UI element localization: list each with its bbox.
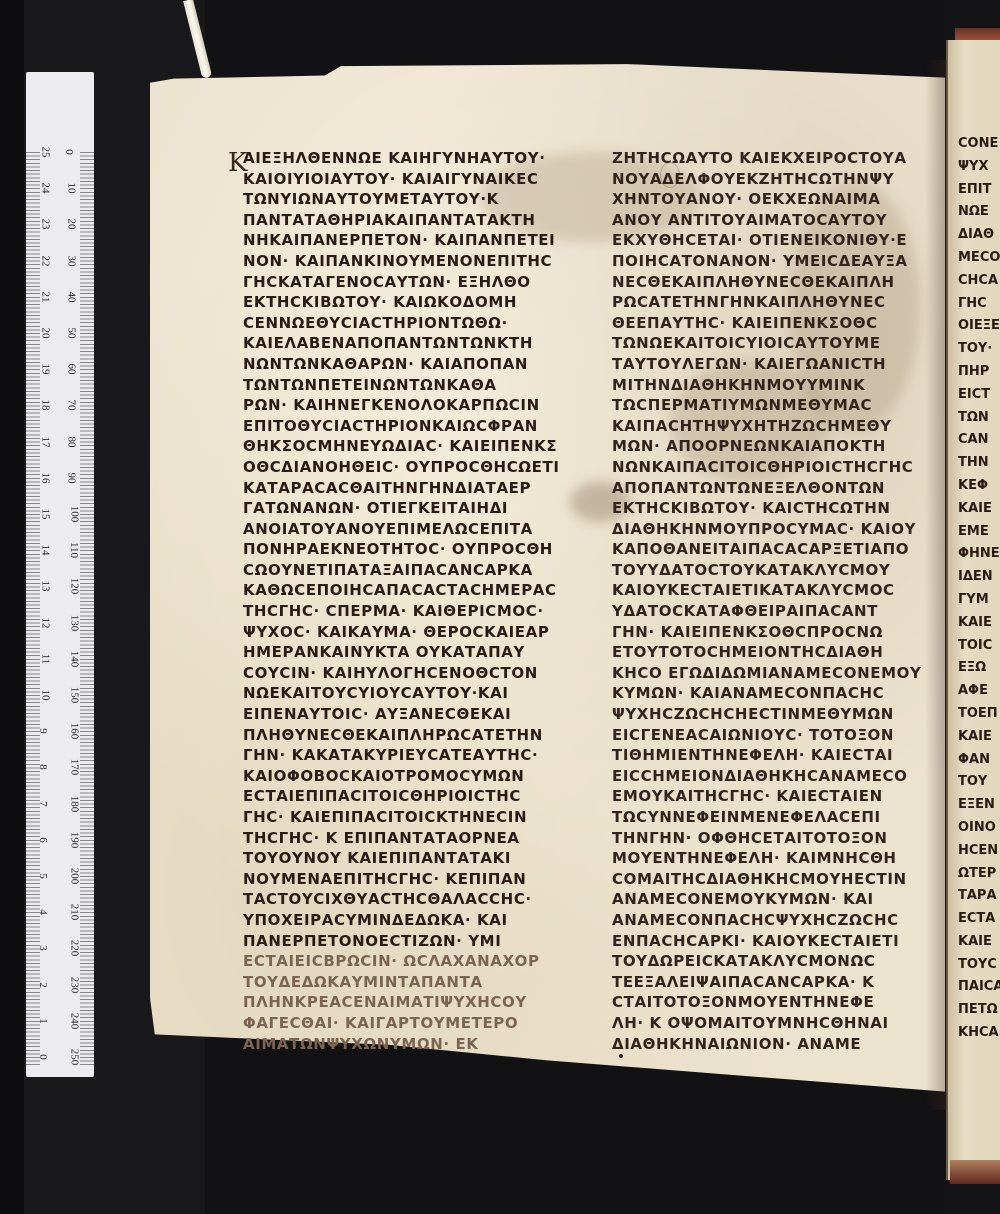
ruler-cm-label: 9 (37, 728, 49, 734)
ruler-mm-label: 20 (66, 219, 78, 230)
facing-page-line: ΚΑΙΕ (958, 498, 1000, 521)
ruler-cm-label: 8 (37, 765, 49, 771)
manuscript-line: ΕϹΤΑΙΕΠΙΠΑϹΙΤΟΙϹΘΗΡΙΟΙϹΤΗϹ (243, 786, 583, 807)
manuscript-line: ΚΑΙΟΥΚΕϹΤΑΙΕΤΙΚΑΤΑΚΛΥϹΜΟϹ (612, 580, 942, 601)
facing-page-line: ΑΦΕ (958, 680, 1000, 703)
ruler-mm-label: 0 (63, 149, 75, 155)
facing-page-line: ΠΑΙϹΑ (958, 976, 1000, 999)
manuscript-line: ΔΙΑΘΗΚΗΝΜΟΥΠΡΟϹΥΜΑϹ· ΚΑΙΟΥ (612, 519, 942, 540)
facing-page-line: ΦΑΝ (958, 749, 1000, 772)
manuscript-line: ϹΟΜΑΙΤΗϹΔΙΑΘΗΚΗϹΜΟΥΗΕϹΤΙΝ (612, 869, 942, 890)
text-column-right: ΖΗΤΗϹΩΑΥΤΟ ΚΑΙΕΚΧΕΙΡΟϹΤΟΥΑΝΟΥΑΔΕΛΦΟΥΕΚΖΗ… (612, 148, 942, 1054)
manuscript-line: ΤΩΝΥΙΩΝΑΥΤΟΥΜΕΤΑΥΤΟΥ·Κ (243, 189, 583, 210)
facing-page-line: ΤΑΡΑ (958, 885, 1000, 908)
manuscript-line: ΚΗϹΟ ΕΓΩΔΙΔΩΜΙΑΝΑΜΕϹΟΝΕΜΟΥ (612, 663, 942, 684)
facing-page-line: ΚΑΙΕ (958, 726, 1000, 749)
manuscript-line: ΕΚΤΗϹΚΙΒΩΤΟΥ· ΚΑΙϹΤΗϹΩΤΗΝ (612, 498, 942, 519)
ruler-mm-label: 250 (68, 1049, 80, 1066)
facing-page-line: ΕΞΕΝ (958, 794, 1000, 817)
facing-page-line: ΠΕΤΩ (958, 999, 1000, 1022)
manuscript-line: ΛΗ· Κ ΟΨΟΜΑΙΤΟΥΜΝΗϹΘΗΝΑΙ (612, 1013, 942, 1034)
ruler-cm-label: 17 (40, 436, 52, 447)
ruler-mm-label: 240 (68, 1013, 80, 1030)
ruler-mm-label: 160 (68, 723, 80, 740)
manuscript-line: ΟΘϹΔΙΑΝΟΗΘΕΙϹ· ΟΥΠΡΟϹΘΗϹΩΕΤΙ (243, 457, 583, 478)
ruler-cm-label: 0 (37, 1054, 49, 1060)
manuscript-line: ΨΥΧΗϹΖΩϹΗϹΗΕϹΤΙΝΜΕΘΥΜΩΝ (612, 704, 942, 725)
manuscript-line: ΠΛΗΘΥΝΕϹΘΕΚΑΙΠΛΗΡΩϹΑΤΕΤΗΝ (243, 725, 583, 746)
ruler-mm-label: 230 (68, 976, 80, 993)
facing-page-line: ΚΕΦ (958, 475, 1000, 498)
facing-page-line: ΩΤΕΡ (958, 863, 1000, 886)
manuscript-line: ΕΜΟΥΚΑΙΤΗϹΓΗϹ· ΚΑΙΕϹΤΑΙΕΝ (612, 786, 942, 807)
manuscript-line: ΠΟΝΗΡΑΕΚΝΕΟΤΗΤΟϹ· ΟΥΠΡΟϹΘΗ (243, 539, 583, 560)
binding-edge-bottom (950, 1160, 1000, 1184)
manuscript-line: ΝΩΝΚΑΙΠΑϹΙΤΟΙϹΘΗΡΙΟΙϹΤΗϹΓΗϹ (612, 457, 942, 478)
manuscript-line: ΤΑΥΤΟΥΛΕΓΩΝ· ΚΑΙΕΓΩΑΝΙϹΤΗ (612, 354, 942, 375)
ruler-cm-label: 19 (40, 364, 52, 375)
manuscript-line: ΥΠΟΧΕΙΡΑϹΥΜΙΝΔΕΔΩΚΑ· ΚΑΙ (243, 910, 583, 931)
manuscript-line: ΤΗϹΓΗϹ· Κ ΕΠΙΠΑΝΤΑΤΑΟΡΝΕΑ (243, 828, 583, 849)
ruler-cm-label: 3 (37, 946, 49, 952)
manuscript-line: ΚΑΙΟΦΟΒΟϹΚΑΙΟΤΡΟΜΟϹΥΜΩΝ (243, 766, 583, 787)
manuscript-line: ΚΑΤΑΡΑϹΑϹΘΑΙΤΗΝΓΗΝΔΙΑΤΑΕΡ (243, 478, 583, 499)
ruler-cm-label: 15 (40, 509, 52, 520)
facing-page-line: ΤΟΕΠ (958, 703, 1000, 726)
facing-page-line: ΕΞΩ (958, 657, 1000, 680)
facing-page-line: ΕΙϹΤ (958, 384, 1000, 407)
manuscript-line: ΑΝΟΙΑΤΟΥΑΝΟΥΕΠΙΜΕΛΩϹΕΠΙΤΑ (243, 519, 583, 540)
ruler-cm-label: 6 (37, 837, 49, 843)
ruler-mm-label: 200 (68, 868, 80, 885)
facing-page-line: ΓΥΜ (958, 589, 1000, 612)
ruler-mm-label: 70 (66, 400, 78, 411)
ruler-cm-label: 25 (40, 147, 52, 158)
manuscript-line: ΚΑΙΠΑϹΗΤΗΨΥΧΗΤΗΖΩϹΗΜΕΘΥ (612, 416, 942, 437)
manuscript-line: ΝΗΚΑΙΠΑΝΕΡΠΕΤΟΝ· ΚΑΙΠΑΝΠΕΤΕΙ (243, 230, 583, 251)
manuscript-line: ΑΙΜΑΤΩΝΨΥΧΩΝΥΜΩΝ· ΕΚ (243, 1034, 583, 1055)
ruler-mm-label: 110 (68, 542, 80, 558)
manuscript-line: ΑΠΟΠΑΝΤΩΝΤΩΝΕΞΕΛΘΟΝΤΩΝ (612, 478, 942, 499)
manuscript-line: ΓΑΤΩΝΑΝΩΝ· ΟΤΙΕΓΚΕΙΤΑΙΗΔΙ (243, 498, 583, 519)
ruler-mm-label: 80 (66, 436, 78, 447)
manuscript-line: ΧΗΝΤΟΥΑΝΟΥ· ΟΕΚΧΕΩΝΑΙΜΑ (612, 189, 942, 210)
manuscript-line: ΤΩΝΩΕΚΑΙΤΟΙϹΥΙΟΙϹΑΥΤΟΥΜΕ (612, 333, 942, 354)
manuscript-line: ΖΗΤΗϹΩΑΥΤΟ ΚΑΙΕΚΧΕΙΡΟϹΤΟΥΑ (612, 148, 942, 169)
manuscript-line: ΕΙϹϹΗΜΕΙΟΝΔΙΑΘΗΚΗϹΑΝΑΜΕϹΟ (612, 766, 942, 787)
manuscript-line: ΕΚΤΗϹΚΙΒΩΤΟΥ· ΚΑΙΩΚΟΔΟΜΗ (243, 292, 583, 313)
manuscript-line: ΠΑΝΕΡΠΕΤΟΝΟΕϹΤΙΖΩΝ· ΥΜΙ (243, 931, 583, 952)
facing-page-line: ΦΗΝΕ (958, 543, 1000, 566)
manuscript-line: ΑΝΟΥ ΑΝΤΙΤΟΥΑΙΜΑΤΟϹΑΥΤΟΥ (612, 210, 942, 231)
manuscript-line: ΚΥΜΩΝ· ΚΑΙΑΝΑΜΕϹΟΝΠΑϹΗϹ (612, 683, 942, 704)
manuscript-line: ΕΚΧΥΘΗϹΕΤΑΙ· ΟΤΙΕΝΕΙΚΟΝΙΘΥ·Ε (612, 230, 942, 251)
ruler-cm-label: 24 (40, 183, 52, 194)
ruler-cm-label: 23 (40, 219, 52, 230)
manuscript-line: ΤΟΥΔΕΔΩΚΑΥΜΙΝΤΑΠΑΝΤΑ (243, 972, 583, 993)
facing-page-line: ϹΑΝ (958, 429, 1000, 452)
ruler-mm-label: 210 (68, 904, 80, 921)
manuscript-line: ΘΕΕΠΑΥΤΗϹ· ΚΑΙΕΙΠΕΝΚΣΟΘϹ (612, 313, 942, 334)
facing-page-line: ΟΙΝΟ (958, 817, 1000, 840)
manuscript-line: ΝΩΝΤΩΝΚΑΘΑΡΩΝ· ΚΑΙΑΠΟΠΑΝ (243, 354, 583, 375)
ruler-mm-label: 170 (68, 759, 80, 776)
facing-page-line: ΨΥΧ (958, 156, 1000, 179)
ruler-mm-label: 30 (66, 255, 78, 266)
ruler-mm-ticks (80, 152, 94, 1067)
manuscript-line: ΕΝΠΑϹΗϹΑΡΚΙ· ΚΑΙΟΥΚΕϹΤΑΙΕΤΙ (612, 931, 942, 952)
manuscript-line: ΡΩΝ· ΚΑΙΗΝΕΓΚΕΝΟΛΟΚΑΡΠΩϹΙΝ (243, 395, 583, 416)
ruler-mm-label: 190 (68, 832, 80, 849)
manuscript-line: ΓΗΝ· ΚΑΚΑΤΑΚΥΡΙΕΥϹΑΤΕΑΥΤΗϹ· (243, 745, 583, 766)
facing-page-line: ΜΕϹΟ (958, 247, 1000, 270)
ruler-mm-label: 140 (68, 651, 80, 668)
manuscript-line: ΑΙΕΞΗΛΘΕΝΝΩΕ ΚΑΙΗΓΥΝΗΑΥΤΟΥ· (243, 148, 583, 169)
manuscript-line: ΚΑΠΟΘΑΝΕΙΤΑΙΠΑϹΑϹΑΡΞΕΤΙΑΠΟ (612, 539, 942, 560)
facing-page-line: ΕϹΤΑ (958, 908, 1000, 931)
manuscript-line: ΦΑΓΕϹΘΑΙ· ΚΑΙΓΑΡΤΟΥΜΕΤΕΡΟ (243, 1013, 583, 1034)
manuscript-line: ΕΙϹΓΕΝΕΑϹΑΙΩΝΙΟΥϹ· ΤΟΤΟΞΟΝ (612, 725, 942, 746)
ruler-mm-label: 40 (66, 291, 78, 302)
manuscript-line: ΝΟΥΜΕΝΑΕΠΙΤΗϹΓΗϹ· ΚΕΠΙΠΑΝ (243, 869, 583, 890)
facing-page-line: ΔΙΑΘ (958, 224, 1000, 247)
ruler-cm-label: 11 (39, 654, 51, 665)
manuscript-line: ΨΥΧΟϹ· ΚΑΙΚΑΥΜΑ· ΘΕΡΟϹΚΑΙΕΑΡ (243, 622, 583, 643)
manuscript-line: ΜΙΤΗΝΔΙΑΘΗΚΗΝΜΟΥΥΜΙΝΚ (612, 375, 942, 396)
ruler-mm-label: 90 (66, 472, 78, 483)
ruler-mm-label: 150 (68, 687, 80, 704)
facing-page-line: ΠΗΡ (958, 361, 1000, 384)
facing-page-line: ΕΠΙΤ (958, 179, 1000, 202)
manuscript-line: ΤΟΥΟΥΝΟΥ ΚΑΙΕΠΙΠΑΝΤΑΤΑΚΙ (243, 848, 583, 869)
measuring-ruler: 2524232221201918171615141312111098765432… (26, 72, 94, 1077)
ruler-cm-label: 7 (37, 801, 49, 807)
manuscript-line: ΥΔΑΤΟϹΚΑΤΑΦΘΕΙΡΑΙΠΑϹΑΝΤ (612, 601, 942, 622)
manuscript-line: ΕΤΟΥΤΟΤΟϹΗΜΕΙΟΝΤΗϹΔΙΑΘΗ (612, 642, 942, 663)
facing-page-line: ΤΩΝ (958, 407, 1000, 430)
facing-page-line: ΝΩΕ (958, 201, 1000, 224)
facing-page-line: ΤΟΥϹ (958, 954, 1000, 977)
manuscript-line: ΚΑΙΟΙΥΙΟΙΑΥΤΟΥ· ΚΑΙΑΙΓΥΝΑΙΚΕϹ (243, 169, 583, 190)
facing-page-line: ΟΙΕΞΕ (958, 315, 1000, 338)
facing-page-line: ΚΑΙΕ (958, 612, 1000, 635)
manuscript-line: ΔΙΑΘΗΚΗΝΑΙΩΝΙΟΝ· ΑΝΑΜΕ (612, 1034, 942, 1055)
ruler-cm-label: 21 (40, 291, 52, 302)
ruler-mm-label: 100 (68, 506, 80, 523)
manuscript-line: ΓΗϹΚΑΤΑΓΕΝΟϹΑΥΤΩΝ· ΕΞΗΛΘΟ (243, 272, 583, 293)
text-column-left: ΑΙΕΞΗΛΘΕΝΝΩΕ ΚΑΙΗΓΥΝΗΑΥΤΟΥ·ΚΑΙΟΙΥΙΟΙΑΥΤΟ… (243, 148, 583, 1054)
facing-page-text: ϹΟΝΕΨΥΧΕΠΙΤΝΩΕΔΙΑΘΜΕϹΟϹΗϹΑΓΗϹΟΙΕΞΕΤΟΥ·ΠΗ… (958, 133, 1000, 1045)
dark-strip (0, 0, 24, 1214)
ruler-cm-label: 1 (37, 1018, 49, 1024)
manuscript-line: ΠΑΝΤΑΤΑΘΗΡΙΑΚΑΙΠΑΝΤΑΤΑΚΤΗ (243, 210, 583, 231)
ruler-cm-label: 20 (40, 328, 52, 339)
manuscript-line: ΕϹΤΑΙΕΙϹΒΡΩϹΙΝ· ΩϹΛΑΧΑΝΑΧΟΡ (243, 951, 583, 972)
manuscript-line: ΓΗΝ· ΚΑΙΕΙΠΕΝΚΣΟΘϹΠΡΟϹΝΩ (612, 622, 942, 643)
manuscript-line: ΘΗΚΣΟϹΜΗΝΕΥΩΔΙΑϹ· ΚΑΙΕΙΠΕΝΚΣ (243, 436, 583, 457)
ruler-cm-label: 13 (40, 581, 52, 592)
ruler-mm-label: 10 (66, 183, 78, 194)
ink-dot (619, 1054, 623, 1058)
ruler-cm-label: 10 (40, 690, 52, 701)
ruler-mm-label: 50 (66, 328, 78, 339)
ruler-cm-label: 5 (37, 873, 49, 879)
manuscript-line: ΠΟΙΗϹΑΤΟΝΑΝΟΝ· ΥΜΕΙϹΔΕΑΥΞΑ (612, 251, 942, 272)
ruler-mm-label: 60 (66, 364, 78, 375)
ruler-cm-label: 12 (40, 617, 52, 628)
ruler-mm-label: 220 (68, 940, 80, 957)
ruler-cm-label: 22 (40, 255, 52, 266)
manuscript-line: ΚΑΙΕΛΑΒΕΝΑΠΟΠΑΝΤΩΝΤΩΝΚΤΗ (243, 333, 583, 354)
manuscript-line: ΤΩϹΥΝΝΕΦΕΙΝΜΕΝΕΦΕΛΑϹΕΠΙ (612, 807, 942, 828)
ruler-mm-label: 180 (68, 795, 80, 812)
manuscript-line: ϹΕΝΝΩΕΘΥϹΙΑϹΤΗΡΙΟΝΤΩΘΩ· (243, 313, 583, 334)
manuscript-line: ΕΙΠΕΝΑΥΤΟΙϹ· ΑΥΞΑΝΕϹΘΕΚΑΙ (243, 704, 583, 725)
facing-page-line: ΓΗϹ (958, 293, 1000, 316)
manuscript-line: ΠΛΗΝΚΡΕΑϹΕΝΑΙΜΑΤΙΨΥΧΗϹΟΥ (243, 992, 583, 1013)
manuscript-line: ΜΟΥΕΝΤΗΝΕΦΕΛΗ· ΚΑΙΜΝΗϹΘΗ (612, 848, 942, 869)
facing-page-line: ΚΑΙΕ (958, 931, 1000, 954)
ruler-mm-label: 120 (68, 578, 80, 595)
manuscript-line: ϹΩΟΥΝΕΤΙΠΑΤΑΞΑΙΠΑϹΑΝϹΑΡΚΑ (243, 560, 583, 581)
ruler-cm-label: 4 (37, 909, 49, 915)
manuscript-line: ϹΤΑΙΤΟΤΟΞΟΝΜΟΥΕΝΤΗΝΕΦΕ (612, 992, 942, 1013)
manuscript-line: ΤΟΥΔΩΡΕΙϹΚΑΤΑΚΛΥϹΜΟΝΩϹ (612, 951, 942, 972)
manuscript-line: ΝΕϹΘΕΚΑΙΠΛΗΘΥΝΕϹΘΕΚΑΙΠΛΗ (612, 272, 942, 293)
ruler-mm-label: 130 (68, 614, 80, 631)
manuscript-line: ϹΟΥϹΙΝ· ΚΑΙΗΥΛΟΓΗϹΕΝΟΘϹΤΟΝ (243, 663, 583, 684)
facing-page-line: ΚΗϹΑ (958, 1022, 1000, 1045)
manuscript-line: ΤΩΝΤΩΝΠΕΤΕΙΝΩΝΤΩΝΚΑΘΑ (243, 375, 583, 396)
manuscript-line: ΑΝΑΜΕϹΟΝΕΜΟΥΚΥΜΩΝ· ΚΑΙ (612, 889, 942, 910)
manuscript-line: ΤΗΝΓΗΝ· ΟΦΘΗϹΕΤΑΙΤΟΤΟΞΟΝ (612, 828, 942, 849)
ruler-cm-ticks (26, 152, 40, 1067)
manuscript-line: ΤΙΘΗΜΙΕΝΤΗΝΕΦΕΛΗ· ΚΑΙΕϹΤΑΙ (612, 745, 942, 766)
facing-page-line: ΤΟΙϹ (958, 635, 1000, 658)
manuscript-line: ΝΟΥΑΔΕΛΦΟΥΕΚΖΗΤΗϹΩΤΗΝΨΥ (612, 169, 942, 190)
ruler-cm-label: 14 (40, 545, 52, 556)
manuscript-line: ΕΠΙΤΟΘΥϹΙΑϹΤΗΡΙΟΝΚΑΙΩϹΦΡΑΝ (243, 416, 583, 437)
manuscript-line: ΤΑϹΤΟΥϹΙΧΘΥΑϹΤΗϹΘΑΛΑϹϹΗϹ· (243, 889, 583, 910)
manuscript-line: ΓΗϹ· ΚΑΙΕΠΙΠΑϹΙΤΟΙϹΚΤΗΝΕϹΙΝ (243, 807, 583, 828)
manuscript-line: ΗΜΕΡΑΝΚΑΙΝΥΚΤΑ ΟΥΚΑΤΑΠΑΥ (243, 642, 583, 663)
facing-page-line: ΤΗΝ (958, 452, 1000, 475)
manuscript-line: ΚΑΘΩϹΕΠΟΙΗϹΑΠΑϹΑϹΤΑϹΗΜΕΡΑϹ (243, 580, 583, 601)
facing-page-line: ΗϹΕΝ (958, 840, 1000, 863)
manuscript-line: ΝΩΕΚΑΙΤΟΥϹΥΙΟΥϹΑΥΤΟΥ·ΚΑΙ (243, 683, 583, 704)
manuscript-line: ΡΩϹΑΤΕΤΗΝΓΗΝΚΑΙΠΛΗΘΥΝΕϹ (612, 292, 942, 313)
facing-page-line: ΤΟΥ· (958, 338, 1000, 361)
ruler-cm-label: 2 (37, 982, 49, 988)
manuscript-line: ΤΩϹΠΕΡΜΑΤΙΥΜΩΝΜΕΘΥΜΑϹ (612, 395, 942, 416)
facing-page-line: ΕΜΕ (958, 521, 1000, 544)
facing-page-line: ϹΗϹΑ (958, 270, 1000, 293)
manuscript-line: ΤΗϹΓΗϹ· ϹΠΕΡΜΑ· ΚΑΙΘΕΡΙϹΜΟϹ· (243, 601, 583, 622)
manuscript-line: ΝΟΝ· ΚΑΙΠΑΝΚΙΝΟΥΜΕΝΟΝΕΠΙΤΗϹ (243, 251, 583, 272)
facing-page-line: ϹΟΝΕ (958, 133, 1000, 156)
facing-page-line: ΙΔΕΝ (958, 566, 1000, 589)
manuscript-line: ΤΕΕΞΑΛΕΙΨΑΙΠΑϹΑΝϹΑΡΚΑ· Κ (612, 972, 942, 993)
ruler-cm-label: 18 (40, 400, 52, 411)
manuscript-line: ΤΟΥΥΔΑΤΟϹΤΟΥΚΑΤΑΚΛΥϹΜΟΥ (612, 560, 942, 581)
manuscript-line: ΑΝΑΜΕϹΟΝΠΑϹΗϹΨΥΧΗϹΖΩϹΗϹ (612, 910, 942, 931)
manuscript-line: ΜΩΝ· ΑΠΟΟΡΝΕΩΝΚΑΙΑΠΟΚΤΗ (612, 436, 942, 457)
facing-page-line: ΤΟΥ (958, 771, 1000, 794)
ruler-cm-label: 16 (40, 472, 52, 483)
